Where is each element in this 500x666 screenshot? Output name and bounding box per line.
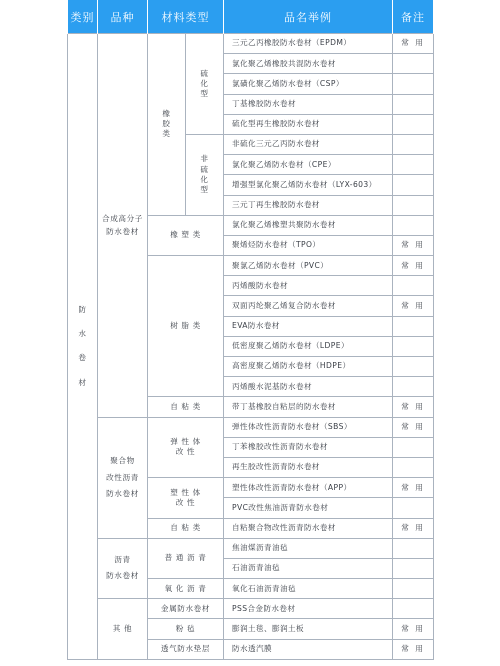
product-name: 聚烯烃防水卷材（TPO） — [224, 235, 393, 255]
remark: 常 用 — [393, 619, 434, 639]
remark: 常 用 — [393, 478, 434, 498]
remark — [393, 94, 434, 114]
category-cell: 防水卷材 — [68, 34, 98, 660]
remark — [393, 175, 434, 195]
product-name: 焦油煤沥青油毡 — [224, 538, 393, 558]
remark — [393, 377, 434, 397]
remark — [393, 114, 434, 134]
remark: 常 用 — [393, 296, 434, 316]
type-resin: 树 脂 类 — [148, 256, 224, 397]
remark: 常 用 — [393, 235, 434, 255]
product-name: EVA防水卷材 — [224, 316, 393, 336]
table-header-row: 类别 品种 材料类型 品名举例 备注 — [68, 0, 434, 34]
type-rubber: 橡胶类 — [148, 34, 186, 216]
remark — [393, 276, 434, 296]
product-name: 聚氯乙烯防水卷材（PVC） — [224, 256, 393, 276]
type-rubber-plastic: 橡 塑 类 — [148, 215, 224, 255]
product-name: 硫化型再生橡胶防水卷材 — [224, 114, 393, 134]
product-name: 自粘聚合物改性沥青防水卷材 — [224, 518, 393, 538]
table-row: 其 他 金属防水卷材 PSS合金防水卷材 — [68, 599, 434, 619]
remark — [393, 498, 434, 518]
product-name: 双面丙纶聚乙烯复合防水卷材 — [224, 296, 393, 316]
subtype-non-vulcanized: 非硫化型 — [186, 134, 224, 215]
type-plastomer-modified: 塑 性 体 改 性 — [148, 478, 224, 518]
product-name: 氯化聚乙烯防水卷材（CPE） — [224, 155, 393, 175]
table-row: 防水卷材 合成高分子 防水卷材 橡胶类 硫化型 三元乙丙橡胶防水卷材（EPDM）… — [68, 34, 434, 54]
product-name: 高密度聚乙烯防水卷材（HDPE） — [224, 357, 393, 377]
remark — [393, 155, 434, 175]
product-name: 石油沥青油毡 — [224, 558, 393, 578]
subtype-vulcanized: 硫化型 — [186, 34, 224, 135]
type-self-adhesive: 自 粘 类 — [148, 397, 224, 417]
remark: 常 用 — [393, 518, 434, 538]
type-metal: 金属防水卷材 — [148, 599, 224, 619]
header-category: 类别 — [68, 0, 98, 34]
type-oxidized-bitumen: 氧 化 沥 青 — [148, 579, 224, 599]
remark — [393, 74, 434, 94]
type-breathable-underlay: 透气防水垫层 — [148, 639, 224, 659]
variety-modified-bitumen: 聚合物 改性沥青 防水卷材 — [98, 417, 148, 538]
remark — [393, 558, 434, 578]
remark — [393, 538, 434, 558]
product-name: PSS合金防水卷材 — [224, 599, 393, 619]
header-variety: 品种 — [98, 0, 148, 34]
remark — [393, 215, 434, 235]
product-name: 丁苯橡胶改性沥青防水卷材 — [224, 437, 393, 457]
product-name: 非硫化三元乙丙防水卷材 — [224, 134, 393, 154]
variety-other: 其 他 — [98, 599, 148, 660]
header-remarks: 备注 — [393, 0, 434, 34]
product-name: 丙烯酸防水卷材 — [224, 276, 393, 296]
remark — [393, 457, 434, 477]
product-name: 三元丁再生橡胶防水卷材 — [224, 195, 393, 215]
product-name: 低密度聚乙烯防水卷材（LDPE） — [224, 336, 393, 356]
product-name: 防水透汽膜 — [224, 639, 393, 659]
product-name: 丁基橡胶防水卷材 — [224, 94, 393, 114]
remark: 常 用 — [393, 34, 434, 54]
remark — [393, 599, 434, 619]
product-name: 氯化聚乙烯橡塑共聚防水卷材 — [224, 215, 393, 235]
variety-synthetic: 合成高分子 防水卷材 — [98, 34, 148, 418]
type-ordinary-bitumen: 普 通 沥 青 — [148, 538, 224, 578]
variety-bitumen: 沥青 防水卷材 — [98, 538, 148, 599]
waterproof-materials-table: 类别 品种 材料类型 品名举例 备注 防水卷材 合成高分子 防水卷材 橡胶类 硫… — [67, 0, 434, 660]
product-name: 增强型氯化聚乙烯防水卷材（LYX-603） — [224, 175, 393, 195]
remark — [393, 579, 434, 599]
header-material-type: 材料类型 — [148, 0, 224, 34]
type-felt: 粉 毡 — [148, 619, 224, 639]
product-name: 再生胶改性沥青防水卷材 — [224, 457, 393, 477]
remark — [393, 437, 434, 457]
product-name: 带丁基橡胶自粘层的防水卷材 — [224, 397, 393, 417]
product-name: 三元乙丙橡胶防水卷材（EPDM） — [224, 34, 393, 54]
product-name: 丙烯酸水泥基防水卷材 — [224, 377, 393, 397]
product-name: 氧化石油沥青油毡 — [224, 579, 393, 599]
remark — [393, 195, 434, 215]
remark — [393, 336, 434, 356]
remark — [393, 316, 434, 336]
product-name: 弹性体改性沥青防水卷材（SBS） — [224, 417, 393, 437]
product-name: 氯磺化聚乙烯防水卷材（CSP） — [224, 74, 393, 94]
table-row: 聚合物 改性沥青 防水卷材 弹 性 体 改 性 弹性体改性沥青防水卷材（SBS）… — [68, 417, 434, 437]
product-name: 氯化聚乙烯橡胶共混防水卷材 — [224, 54, 393, 74]
remark — [393, 357, 434, 377]
remark — [393, 54, 434, 74]
remark: 常 用 — [393, 417, 434, 437]
product-name: PVC改性焦油沥青防水卷材 — [224, 498, 393, 518]
product-name: 膨润土毯、膨润土板 — [224, 619, 393, 639]
remark: 常 用 — [393, 256, 434, 276]
remark: 常 用 — [393, 639, 434, 659]
remark: 常 用 — [393, 397, 434, 417]
remark — [393, 134, 434, 154]
header-product-examples: 品名举例 — [224, 0, 393, 34]
type-self-adhesive-bitumen: 自 粘 类 — [148, 518, 224, 538]
type-elastomer-modified: 弹 性 体 改 性 — [148, 417, 224, 478]
product-name: 塑性体改性沥青防水卷材（APP） — [224, 478, 393, 498]
table-row: 沥青 防水卷材 普 通 沥 青 焦油煤沥青油毡 — [68, 538, 434, 558]
